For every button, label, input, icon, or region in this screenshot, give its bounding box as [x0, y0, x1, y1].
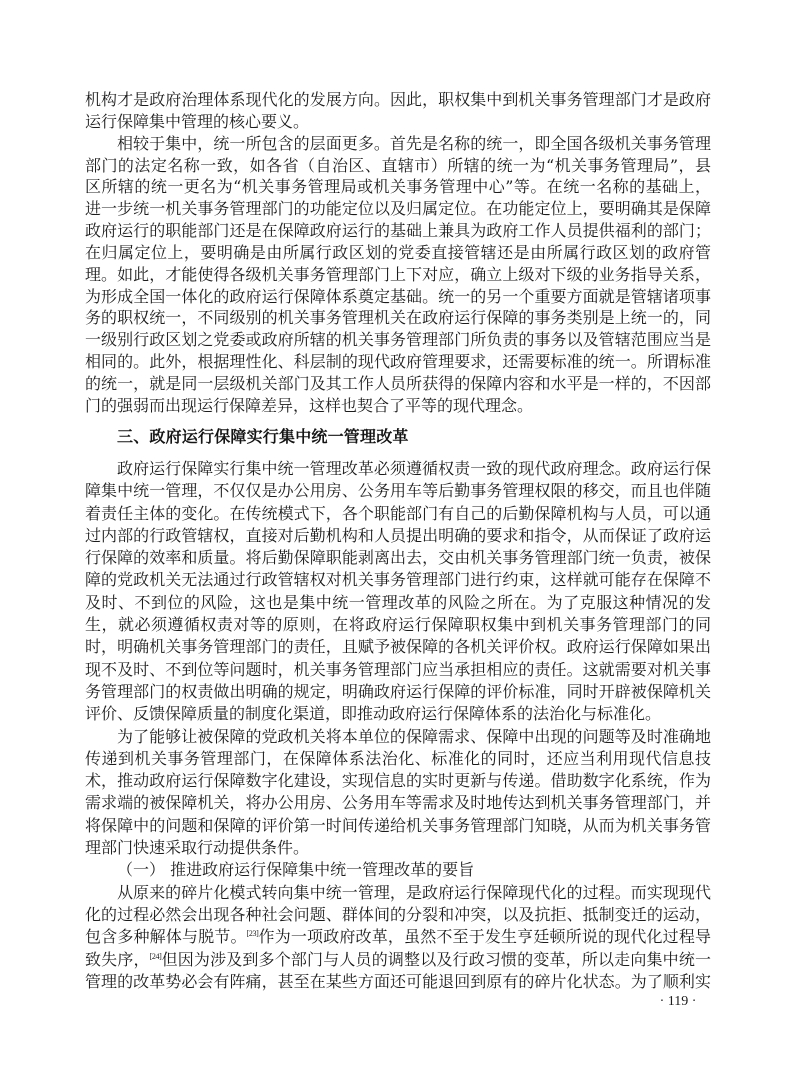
text-line: 为形成全国一体化的政府运行保障体系奠定基础。统一的另一个重要方面就是管辖诸项事: [85, 286, 711, 308]
section-heading: 三、政府运行保障实行集中统一管理改革: [85, 426, 711, 448]
paragraph-first-line: 相较于集中，统一所包含的层面更多。首先是名称的统一，即全国各级机关事务管理: [85, 133, 711, 155]
text-segment: 包含多种解体与脱节。: [85, 927, 247, 946]
text-line: 致失序，[24]但因为涉及到多个部门与人员的调整以及行政习惯的变革，所以走向集中…: [85, 949, 711, 971]
body-text-top: 机构才是政府治理体系现代化的发展方向。因此，职权集中到机关事务管理部门才是政府 …: [85, 89, 711, 417]
text-line: 理部门快速采取行动提供条件。: [85, 837, 711, 859]
text-segment: 作为一项政府改革，虽然不至于发生亨廷顿所说的现代化过程导: [258, 927, 711, 946]
text-line: 相同的。此外，根据理性化、科层制的现代政府管理要求，还需要标准的统一。所谓标准: [85, 351, 711, 373]
footnote-ref-24: [24]: [150, 952, 162, 961]
text-line: 门的强弱而出现运行保障差异，这样也契合了平等的现代理念。: [85, 395, 711, 417]
text-line: 障集中统一管理，不仅仅是办公用房、公务用车等后勤事务管理权限的移交，而且也伴随: [85, 480, 711, 502]
text-line: 区所辖的统一更名为“机关事务管理局或机关事务管理中心”等。在统一名称的基础上，: [85, 176, 711, 198]
text-line: 进一步统一机关事务管理部门的功能定位以及归属定位。在功能定位上，要明确其是保障: [85, 198, 711, 220]
text-line: 将保障中的问题和保障的评价第一时间传递给机关事务管理部门知晓，从而为机关事务管: [85, 815, 711, 837]
text-line: 障的党政机关无法通过行政管辖权对机关事务管理部门进行约束，这样就可能存在保障不: [85, 569, 711, 591]
text-line: 传递到机关事务管理部门，在保障体系法治化、标准化的同时，还应当利用现代信息技: [85, 748, 711, 770]
text-line: 务的职权统一，不同级别的机关事务管理机关在政府运行保障的事务类别是上统一的，同: [85, 307, 711, 329]
page-number: · 119 ·: [652, 991, 704, 1013]
text-line: 行保障的效率和质量。将后勤保障职能剥离出去，交由机关事务管理部门统一负责，被保: [85, 547, 711, 569]
text-line: 务管理部门的权责做出明确的规定，明确政府运行保障的评价标准，同时开辟被保障机关: [85, 681, 711, 703]
text-line: 理。如此，才能使得各级机关事务管理部门上下对应，确立上级对下级的业务指导关系，: [85, 264, 711, 286]
text-segment: 致失序，: [85, 950, 150, 969]
text-line: 的统一，就是同一层级机关部门及其工作人员所获得的保障内容和水平是一样的，不因部: [85, 373, 711, 395]
text-line: 管理的改革势必会有阵痛，甚至在某些方面还可能退回到原有的碎片化状态。为了顺利实: [85, 971, 711, 993]
text-line: 评价、反馈保障质量的制度化渠道，即推动政府运行保障体系的法治化与标准化。: [85, 703, 711, 725]
text-line: 政府运行的职能部门还是在保障政府运行的基础上兼具为政府工作人员提供福利的部门；: [85, 220, 711, 242]
text-line: 着责任主体的变化。在传统模式下，各个职能部门有自己的后勤保障机构与人员，可以通: [85, 503, 711, 525]
text-line: 过内部的行政管辖权，直接对后勤机构和人员提出明确的要求和指令，从而保证了政府运: [85, 525, 711, 547]
text-line: 包含多种解体与脱节。[23]作为一项政府改革，虽然不至于发生亨廷顿所说的现代化过…: [85, 926, 711, 948]
text-line: 生，就必须遵循权责对等的原则，在将政府运行保障职权集中到机关事务管理部门的同: [85, 614, 711, 636]
paragraph-first-line: 从原来的碎片化模式转向集中统一管理，是政府运行保障现代化的过程。而实现现代: [85, 882, 711, 904]
body-text-lower: 政府运行保障实行集中统一管理改革必须遵循权责一致的现代政府理念。政府运行保 障集…: [85, 458, 711, 993]
text-line: 及时、不到位的风险，这也是集中统一管理改革的风险之所在。为了克服这种情况的发: [85, 592, 711, 614]
document-page: 机构才是政府治理体系现代化的发展方向。因此，职权集中到机关事务管理部门才是政府 …: [0, 0, 793, 1077]
text-line: 时，明确机关事务管理部门的责任，且赋予被保障的各机关评价权。政府运行保障如果出: [85, 636, 711, 658]
text-line: 化的过程必然会出现各种社会问题、群体间的分裂和冲突，以及抗拒、抵制变迁的运动，: [85, 904, 711, 926]
text-line: 术，推动政府运行保障数字化建设，实现信息的实时更新与传递。借助数字化系统，作为: [85, 770, 711, 792]
text-line: 需求端的被保障机关，将办公用房、公务用车等需求及时地传达到机关事务管理部门，并: [85, 792, 711, 814]
text-line: 在归属定位上，要明确是由所属行政区划的党委直接管辖还是由所属行政区划的政府管: [85, 242, 711, 264]
text-line: 一级别行政区划之党委或政府所辖的机关事务管理部门所负责的事务以及管辖范围应当是: [85, 329, 711, 351]
text-line: 运行保障集中管理的核心要义。: [85, 111, 711, 133]
subsection-heading: （一） 推进政府运行保障集中统一管理改革的要旨: [85, 859, 711, 881]
text-line: 现不及时、不到位等问题时，机关事务管理部门应当承担相应的责任。这就需要对机关事: [85, 659, 711, 681]
text-segment: 但因为涉及到多个部门与人员的调整以及行政习惯的变革，所以走向集中统一: [161, 950, 711, 969]
text-line: 部门的法定名称一致，如各省（自治区、直辖市）所辖的统一为“机关事务管理局”，县: [85, 155, 711, 177]
text-line: 机构才是政府治理体系现代化的发展方向。因此，职权集中到机关事务管理部门才是政府: [85, 89, 711, 111]
footnote-ref-23: [23]: [247, 929, 259, 938]
section-heading-block: 三、政府运行保障实行集中统一管理改革: [85, 426, 711, 448]
paragraph-first-line: 为了能够让被保障的党政机关将本单位的保障需求、保障中出现的问题等及时准确地: [85, 726, 711, 748]
paragraph-first-line: 政府运行保障实行集中统一管理改革必须遵循权责一致的现代政府理念。政府运行保: [85, 458, 711, 480]
